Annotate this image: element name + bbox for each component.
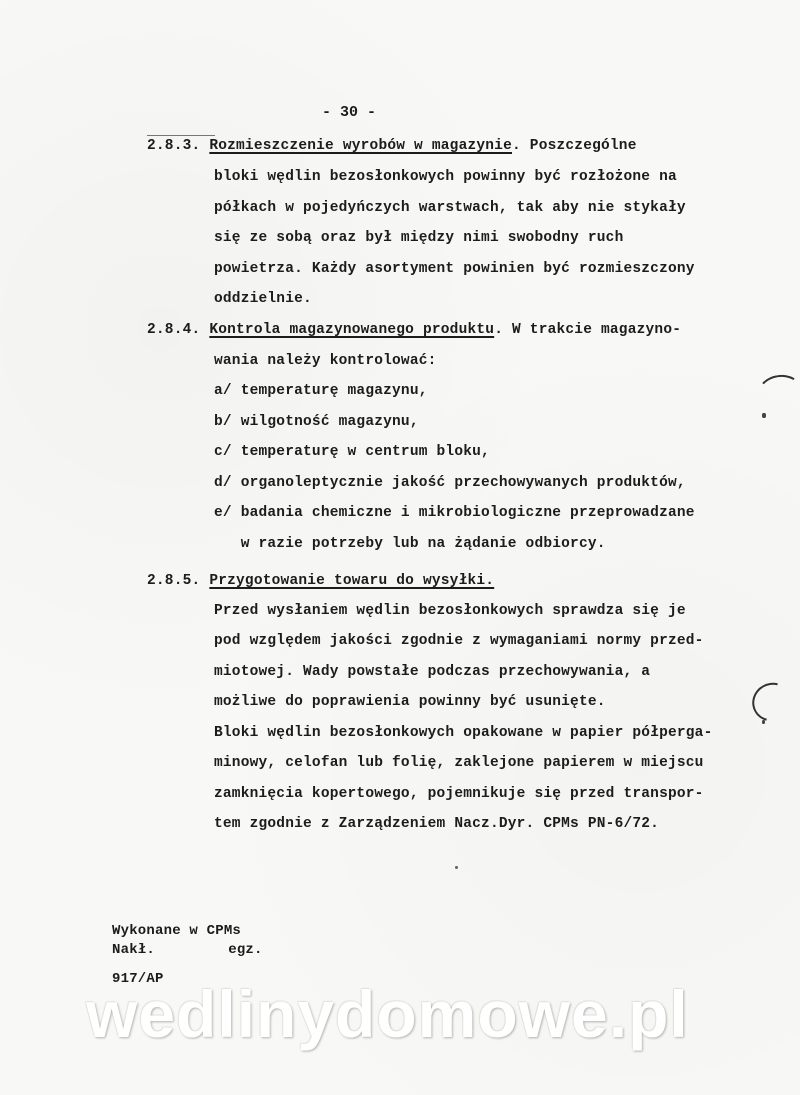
scan-speck	[762, 720, 765, 724]
list-item: a/ temperaturę magazynu,	[214, 382, 428, 400]
paragraph-line: się ze sobą oraz był między nimi swobodn…	[214, 229, 623, 247]
paragraph-line: powietrza. Każdy asortyment powinien być…	[214, 260, 695, 278]
footer-made-in: Wykonane w CPMs	[112, 922, 241, 940]
list-item: e/ badania chemiczne i mikrobiologiczne …	[214, 504, 695, 522]
document-page: - 30 - 2.8.3. Rozmieszczenie wyrobów w m…	[0, 0, 800, 1095]
footer-print-run: Nakł. egz.	[112, 941, 263, 959]
scan-speck	[455, 866, 458, 869]
section-title: Przygotowanie towaru do wysyłki.	[209, 573, 494, 589]
section-number: 2.8.4.	[147, 322, 200, 338]
section-heading-2-8-4: 2.8.4. Kontrola magazynowanego produktu.…	[147, 321, 681, 339]
paragraph-line: pod względem jakości zgodnie z wymagania…	[214, 632, 704, 650]
paragraph-line: minowy, celofan lub folię, zaklejone pap…	[214, 754, 704, 772]
paragraph-line: zamknięcia kopertowego, pojemnikuje się …	[214, 785, 704, 803]
paragraph-line: miotowej. Wady powstałe podczas przechow…	[214, 663, 650, 681]
scan-mark-line	[147, 135, 215, 136]
paragraph-line: Przed wysłaniem wędlin bezosłonkowych sp…	[214, 602, 686, 620]
page-number: - 30 -	[322, 104, 376, 121]
paragraph-line: oddzielnie.	[214, 290, 312, 308]
section-title: Kontrola magazynowanego produktu	[209, 322, 494, 338]
watermark: wedlinydomowe.pl	[86, 976, 689, 1052]
list-item: c/ temperaturę w centrum bloku,	[214, 443, 490, 461]
list-item: b/ wilgotność magazynu,	[214, 413, 419, 431]
section-title: Rozmieszczenie wyrobów w magazynie	[209, 138, 512, 154]
section-number: 2.8.3.	[147, 138, 200, 154]
footer-copies-label: egz.	[228, 942, 262, 958]
section-heading-2-8-5: 2.8.5. Przygotowanie towaru do wysyłki.	[147, 572, 494, 590]
scan-speck	[762, 413, 766, 418]
paragraph-line: Bloki wędlin bezosłonkowych opakowane w …	[214, 724, 712, 742]
list-item: w razie potrzeby lub na żądanie odbiorcy…	[214, 535, 606, 553]
section-heading-2-8-3: 2.8.3. Rozmieszczenie wyrobów w magazyni…	[147, 137, 637, 155]
hole-punch-mark	[745, 676, 799, 729]
footer-print-run-label: Nakł.	[112, 942, 155, 958]
paragraph-line: bloki wędlin bezosłonkowych powinny być …	[214, 168, 677, 186]
paragraph-line: tem zgodnie z Zarządzeniem Nacz.Dyr. CPM…	[214, 815, 659, 833]
section-title-suffix: . Poszczególne	[512, 138, 637, 154]
hole-punch-mark	[756, 372, 800, 412]
list-item: d/ organoleptycznie jakość przechowywany…	[214, 474, 686, 492]
paragraph-line: półkach w pojedyńczych warstwach, tak ab…	[214, 199, 686, 217]
section-number: 2.8.5.	[147, 573, 200, 589]
section-title-suffix: . W trakcie magazyno-	[494, 322, 681, 338]
paragraph-line: możliwe do poprawienia powinny być usuni…	[214, 693, 606, 711]
paragraph-line: wania należy kontrolować:	[214, 352, 437, 370]
